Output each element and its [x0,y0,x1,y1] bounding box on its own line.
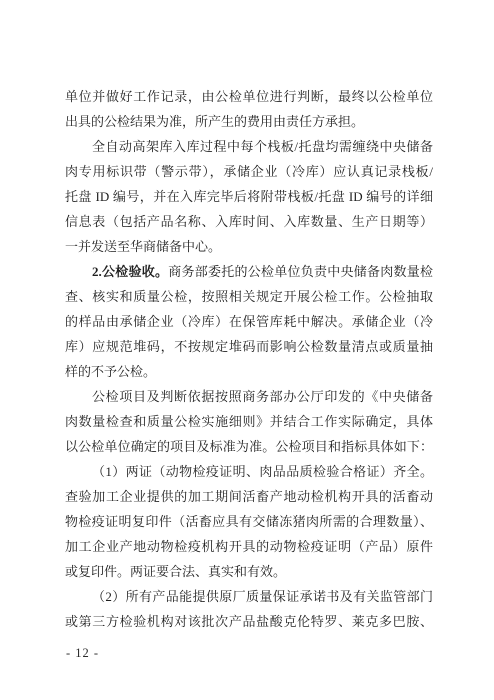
text-line: 物检疫证明复印件（活畜应具有交储冻猪肉所需的合理数量）、 [65,509,433,534]
para-inspection-items-basis: 公检项目及判断依据按照商务部办公厅印发的《中央储备肉数量检查和质量公检实施细则》… [65,384,433,459]
text-line: 肉数量检查和质量公检实施细则》并结合工作实际确定，具体 [65,409,433,434]
text-run: 单位并做好工作记录，由公检单位进行判断，最终以公检单位 [65,89,433,104]
text-line: 查、核实和质量公检，按照相关规定开展公检工作。公检抽取 [65,284,433,309]
para-inspection-result-continued: 单位并做好工作记录，由公检单位进行判断，最终以公检单位出具的公检结果为准，所产生… [65,84,433,134]
document-page: 单位并做好工作记录，由公检单位进行判断，最终以公检单位出具的公检结果为准，所产生… [0,0,494,700]
text-line: 加工企业产地动物检疫机构开具的动物检疫证明（产品）原件 [65,534,433,559]
text-line: 托盘 ID 编号，并在入库完毕后将附带栈板/托盘 ID 编号的详细 [65,184,433,209]
text-run: 出具的公检结果为准，所产生的费用由责任方承担。 [65,114,364,129]
text-run: 托盘 ID 编号，并在入库完毕后将附带栈板/托盘 ID 编号的详细 [65,189,433,204]
text-run: （1）两证（动物检疫证明、肉品品质检验合格证）齐全。 [92,464,433,479]
text-run: 物检疫证明复印件（活畜应具有交储冻猪肉所需的合理数量）、 [65,514,433,529]
text-run: 或第三方检验机构对该批次产品盐酸克伦特罗、莱克多巴胺、 [65,614,433,629]
text-run: 肉专用标识带（警示带），承储企业（冷库）应认真记录栈板/ [65,164,433,179]
text-line: 全自动高架库入库过程中每个栈板/托盘均需缠绕中央储备 [65,134,433,159]
text-line: 库）应规范堆码，不按规定堆码而影响公检数量清点或质量抽 [65,334,433,359]
text-line: 单位并做好工作记录，由公检单位进行判断，最终以公检单位 [65,84,433,109]
text-line: （2）所有产品能提供原厂质量保证承诺书及有关监管部门 [65,584,433,609]
text-line: 的样品由承储企业（冷库）在保管库耗中解决。承储企业（冷 [65,309,433,334]
text-run: 或复印件。两证要合法、真实和有效。 [65,564,286,579]
text-line: 以公检单位确定的项目及标准为准。公检项目和指标具体如下： [65,434,433,459]
para-pallet-id-labeling: 全自动高架库入库过程中每个栈板/托盘均需缠绕中央储备肉专用标识带（警示带），承储… [65,134,433,259]
para-item-1-two-certificates: （1）两证（动物检疫证明、肉品品质检验合格证）齐全。查验加工企业提供的加工期间活… [65,459,433,584]
bold-text-run: 2.公检验收。 [92,264,168,279]
text-run: 样的不予公检。 [65,364,156,379]
text-run: 公检项目及判断依据按照商务部办公厅印发的《中央储备 [92,389,433,404]
text-line: 肉专用标识带（警示带），承储企业（冷库）应认真记录栈板/ [65,159,433,184]
text-line: 或第三方检验机构对该批次产品盐酸克伦特罗、莱克多巴胺、 [65,609,433,634]
text-run: 肉数量检查和质量公检实施细则》并结合工作实际确定，具体 [65,414,433,429]
text-run: 信息表（包括产品名称、入库时间、入库数量、生产日期等） [65,214,433,229]
para-2-public-inspection-acceptance: 2.公检验收。商务部委托的公检单位负责中央储备肉数量检查、核实和质量公检，按照相… [65,259,433,384]
text-line: 公检项目及判断依据按照商务部办公厅印发的《中央储备 [65,384,433,409]
text-line: 查验加工企业提供的加工期间活畜产地动检机构开具的活畜动 [65,484,433,509]
text-line: 一并发送至华商储备中心。 [65,234,433,259]
text-run: 加工企业产地动物检疫机构开具的动物检疫证明（产品）原件 [65,539,433,554]
page-number: - 12 - [66,645,99,661]
text-run: 库）应规范堆码，不按规定堆码而影响公检数量清点或质量抽 [65,339,433,354]
text-line: 2.公检验收。商务部委托的公检单位负责中央储备肉数量检 [65,259,433,284]
text-line: 信息表（包括产品名称、入库时间、入库数量、生产日期等） [65,209,433,234]
text-run: 查验加工企业提供的加工期间活畜产地动检机构开具的活畜动 [65,489,433,504]
text-run: 查、核实和质量公检，按照相关规定开展公检工作。公检抽取 [65,289,433,304]
text-run: 全自动高架库入库过程中每个栈板/托盘均需缠绕中央储备 [92,139,433,154]
text-line: 出具的公检结果为准，所产生的费用由责任方承担。 [65,109,433,134]
text-run: 商务部委托的公检单位负责中央储备肉数量检 [168,264,433,279]
text-run: 以公检单位确定的项目及标准为准。公检项目和指标具体如下： [65,439,433,454]
text-line: 或复印件。两证要合法、真实和有效。 [65,559,433,584]
text-line: （1）两证（动物检疫证明、肉品品质检验合格证）齐全。 [65,459,433,484]
text-run: 一并发送至华商储备中心。 [65,239,221,254]
document-body: 单位并做好工作记录，由公检单位进行判断，最终以公检单位出具的公检结果为准，所产生… [65,84,433,634]
text-line: 样的不予公检。 [65,359,433,384]
text-run: 的样品由承储企业（冷库）在保管库耗中解决。承储企业（冷 [65,314,433,329]
text-run: （2）所有产品能提供原厂质量保证承诺书及有关监管部门 [92,589,433,604]
para-item-2-quality-guarantee: （2）所有产品能提供原厂质量保证承诺书及有关监管部门或第三方检验机构对该批次产品… [65,584,433,634]
